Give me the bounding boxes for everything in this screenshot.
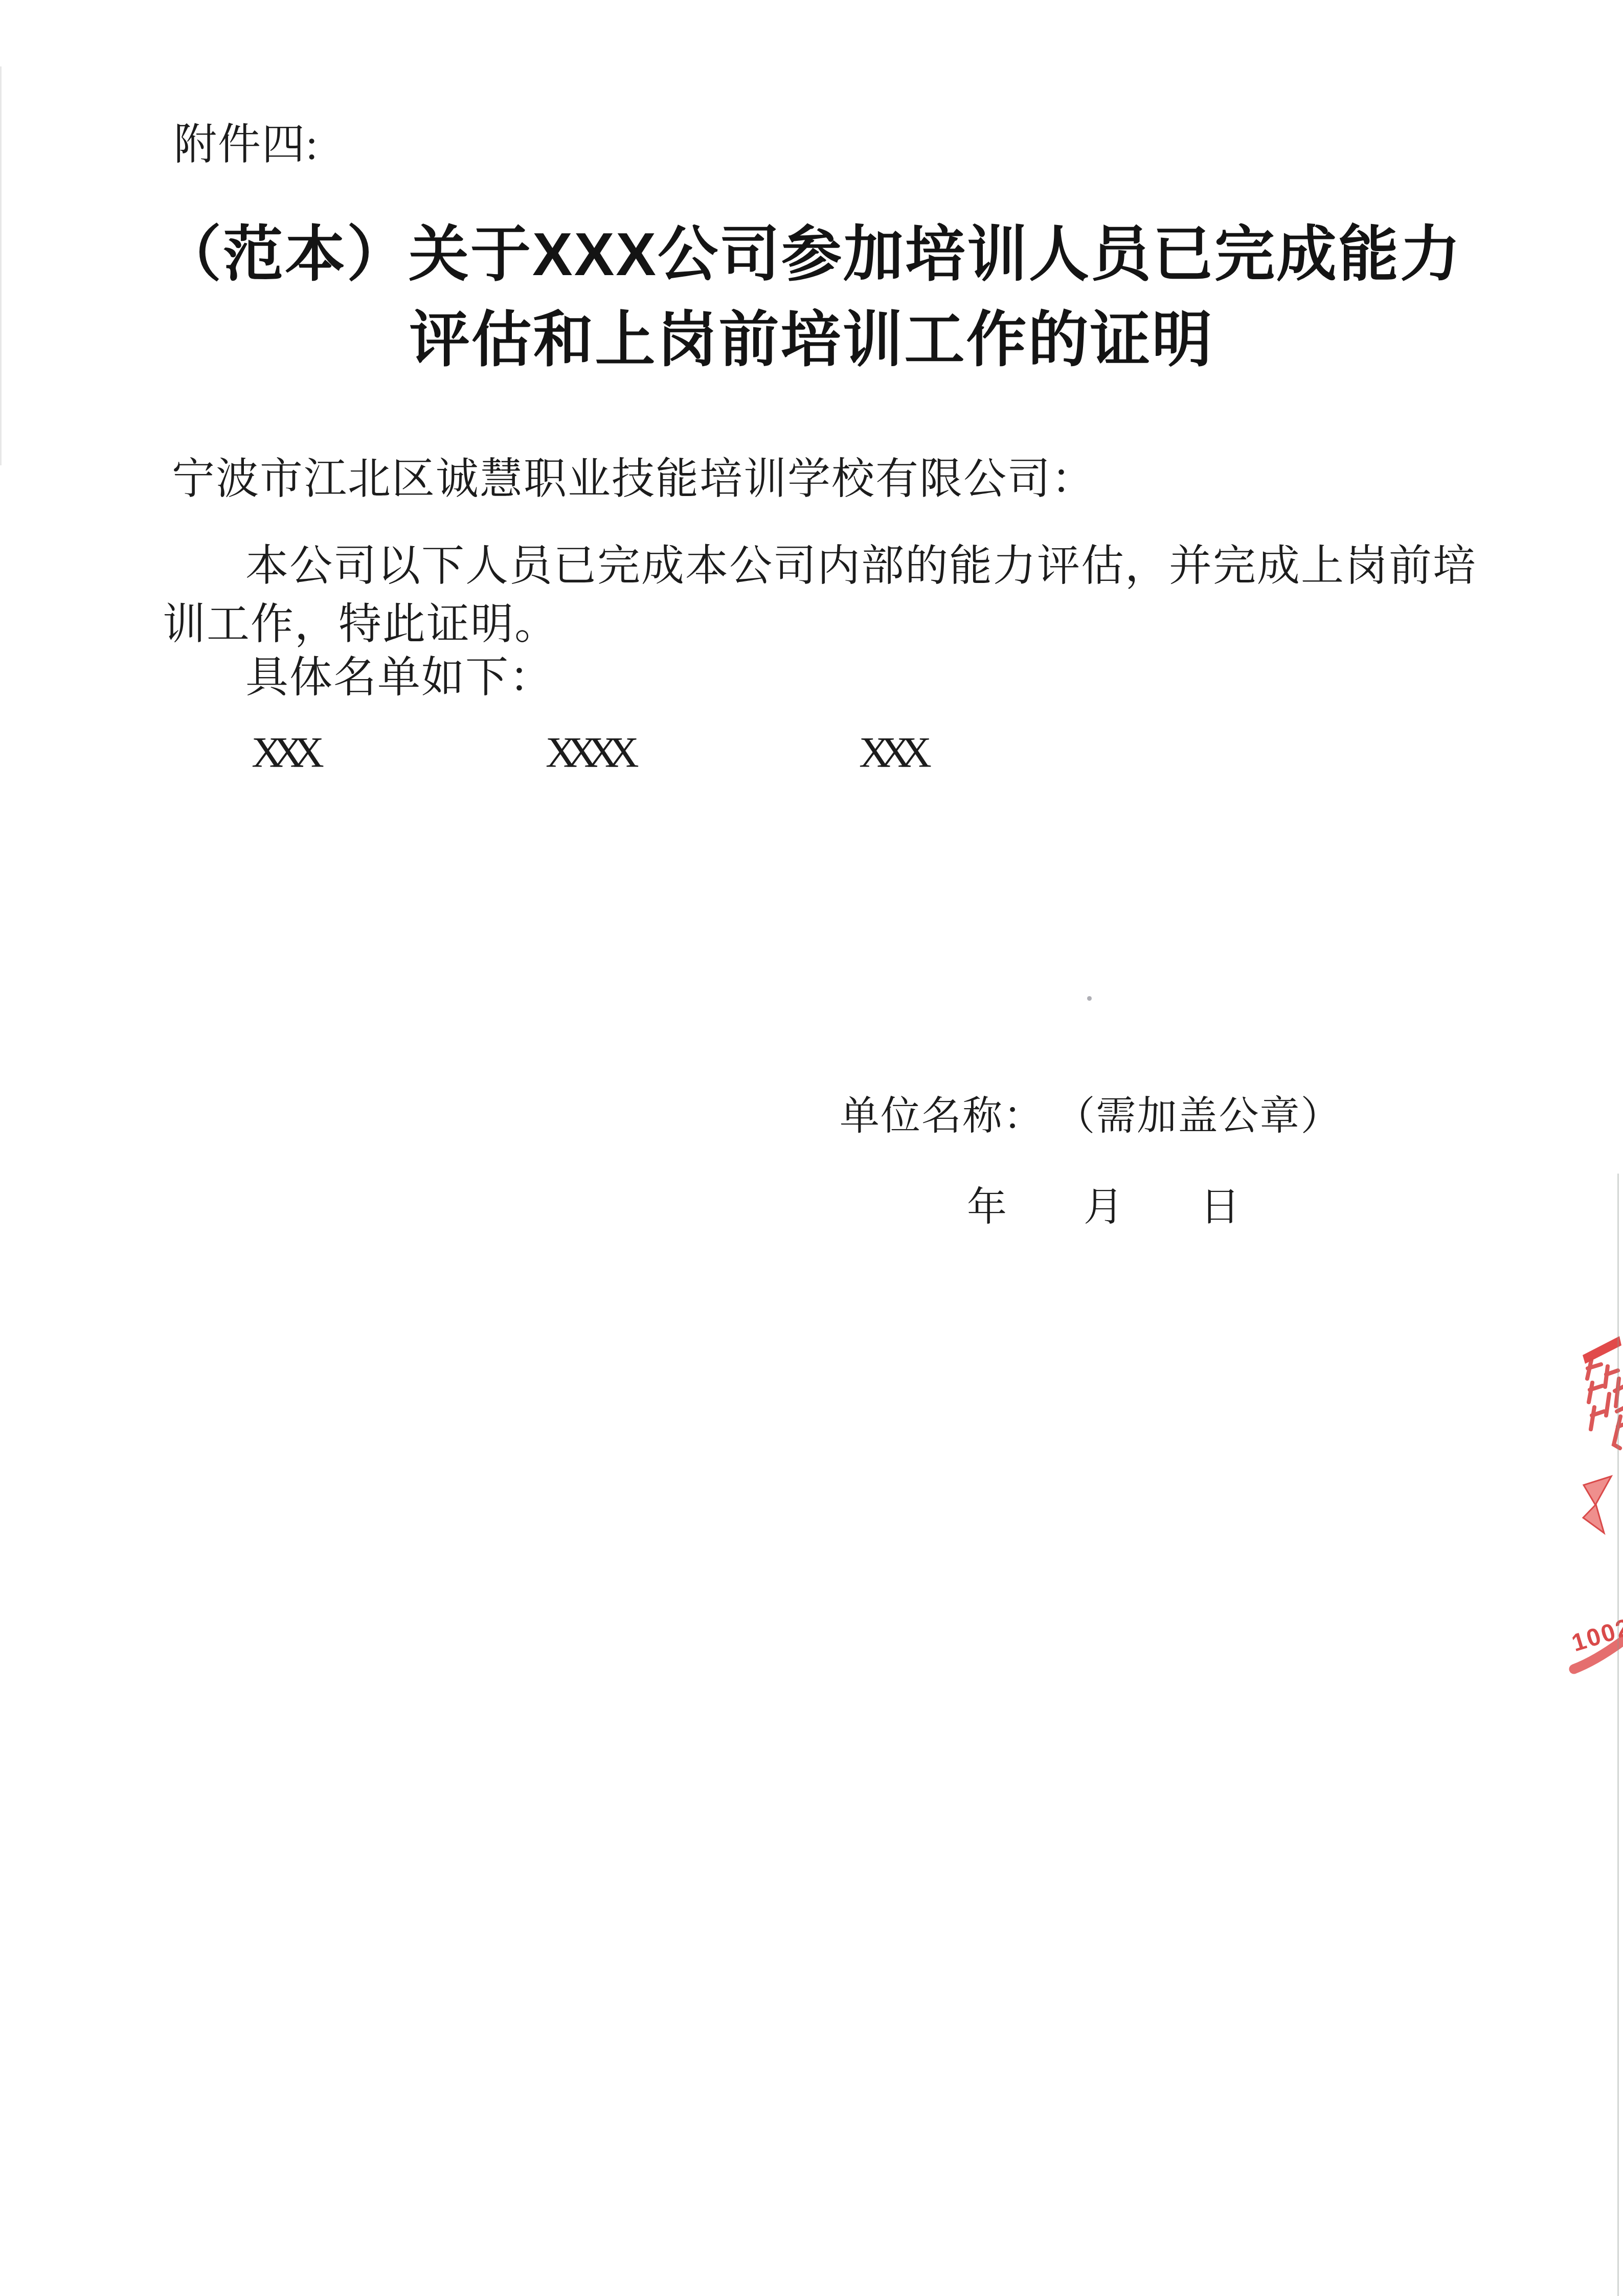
salutation-line: 宁波市江北区诚慧职业技能培训学校有限公司：: [172, 456, 1095, 503]
document-title: （范本）关于XXX公司参加培训人员已完成能力 评估和上岗前培训工作的证明: [0, 212, 1623, 383]
date-day-label: 日: [1200, 1175, 1240, 1232]
unit-name-line: 单位名称： （需加盖公章）: [840, 1094, 1342, 1138]
document-title-line1: （范本）关于XXX公司参加培训人员已完成能力: [0, 212, 1623, 298]
list-intro-line: 具体名单如下：: [245, 655, 553, 702]
scan-right-edge-artifact: [1617, 1174, 1619, 2296]
name-placeholder-2: XXXX: [546, 728, 639, 778]
stamp-star-fragment: [1583, 1476, 1611, 1533]
document-page: 附件四: （范本）关于XXX公司参加培训人员已完成能力 评估和上岗前培训工作的证…: [0, 0, 1623, 2296]
attachment-label: 附件四:: [174, 122, 319, 169]
date-year-label: 年: [967, 1175, 1007, 1232]
body-paragraph-line2: 训工作，特此证明。: [163, 601, 558, 648]
document-title-line2: 评估和上岗前培训工作的证明: [0, 298, 1623, 383]
scan-left-edge-artifact: [0, 66, 2, 465]
date-line: 年 月 日: [967, 1175, 1240, 1232]
name-placeholder-1: XXX: [252, 728, 324, 778]
name-placeholder-3: XXX: [859, 728, 932, 778]
date-month-label: 月: [1084, 1175, 1123, 1232]
scan-speck-artifact: [1087, 996, 1092, 1001]
body-paragraph-line1: 本公司以下人员已完成本公司内部的能力评估，并完成上岗前培: [245, 543, 1477, 590]
stamp-top-stroke: [1583, 1336, 1621, 1364]
official-seal-fragment: 1002: [1572, 1330, 1623, 1677]
